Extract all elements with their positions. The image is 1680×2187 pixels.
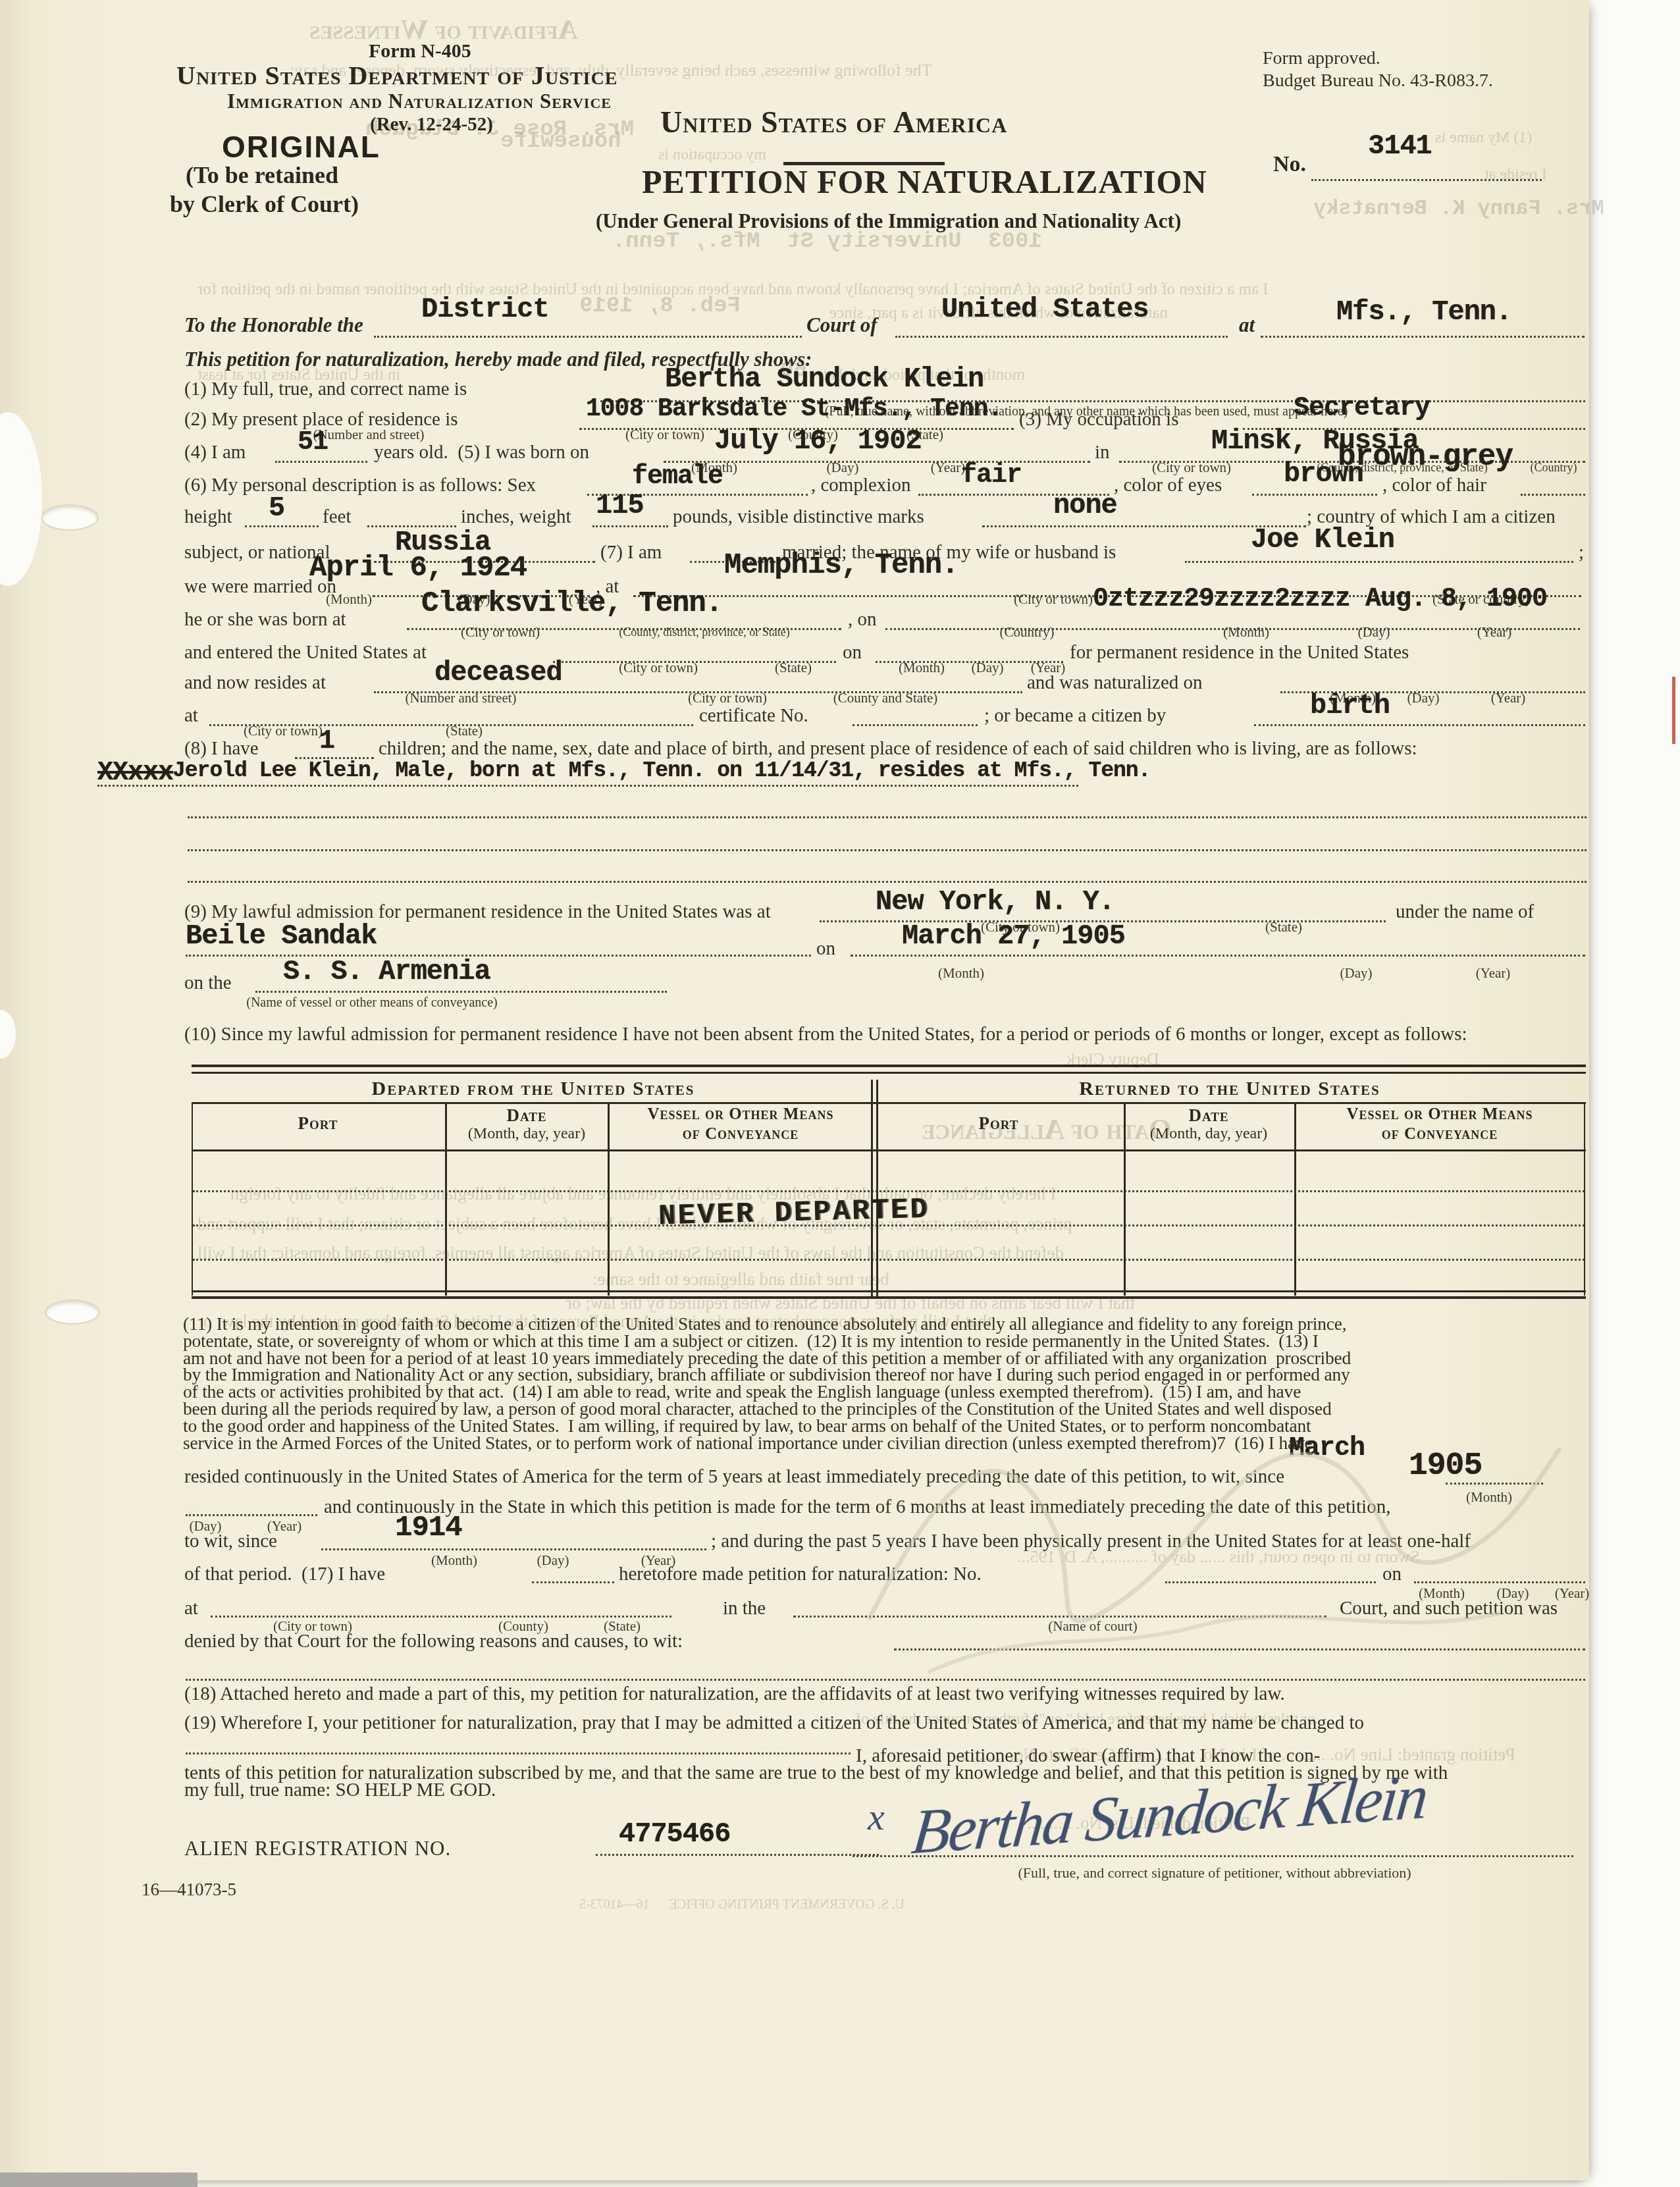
complexion-label: , complexion <box>811 475 910 495</box>
hair-value: brown-grey <box>1338 440 1513 474</box>
bleedthrough-text: bear true faith and allegiance to the sa… <box>592 1269 889 1290</box>
legal-paragraph-line: (11) It is my intention in good faith to… <box>183 1315 1351 1332</box>
on-the-label: on the <box>184 973 232 993</box>
dotted-fill-line <box>1185 561 1573 563</box>
dotted-fill-line <box>255 991 667 993</box>
sub: (Day) <box>1340 965 1373 982</box>
perm-label: for permanent residence in the United St… <box>1070 643 1409 662</box>
sub: (Number and street) <box>405 690 516 706</box>
table-caption-departed: Departed from the United States <box>372 1078 695 1099</box>
table-col-port-left: Port <box>298 1114 338 1132</box>
vessel-value: S. S. Armenia <box>283 956 490 988</box>
bleedthrough-text: 1003 University St Mfs., Tenn. <box>612 229 1042 254</box>
feet-label: feet <box>323 507 351 527</box>
solid-rule <box>192 1149 1586 1151</box>
at-label: at <box>1239 315 1255 336</box>
table-col-date-sub-right: (Month, day, year) <box>1150 1126 1267 1142</box>
bleedthrough-text: U. S. GOVERNMENT PRINTING OFFICE 16—4107… <box>579 1897 905 1912</box>
in-label: in <box>1095 442 1110 462</box>
dotted-fill-line <box>1252 494 1377 496</box>
table-col-date-left: Date <box>506 1106 546 1124</box>
dotted-fill-line <box>1261 336 1585 338</box>
bleedthrough-text: housewife <box>500 129 621 154</box>
weight-value: 115 <box>596 490 644 521</box>
line8b-label: children; and the name, sex, date and pl… <box>379 739 1417 758</box>
red-edge-mark <box>1672 677 1675 744</box>
solid-rule <box>192 1296 1586 1299</box>
dotted-fill-line <box>275 461 367 463</box>
table-col-port-right: Port <box>979 1114 1019 1132</box>
dotted-fill-line <box>1254 724 1585 726</box>
sub: (City or town) <box>461 624 540 641</box>
state-since-value: 1914 <box>395 1512 462 1544</box>
petition-no: 3141 <box>1368 130 1432 162</box>
dotted-fill-line <box>321 1548 706 1550</box>
sub: (City or town) <box>688 690 767 706</box>
line6-label: (6) My personal description is as follow… <box>184 475 536 495</box>
table-vertical-rule <box>1124 1103 1126 1296</box>
dotted-fill-line <box>1311 179 1542 181</box>
height-value: 5 <box>269 492 284 524</box>
ink-bleedthrough-swash <box>829 1343 1587 1685</box>
on2-label: on <box>816 939 835 959</box>
line17d-label: in the <box>723 1598 766 1618</box>
married-on-value: April 6, 1924 <box>309 552 527 585</box>
married-at-value: Memphis, Tenn. <box>724 549 958 582</box>
resides-label: and now resides at <box>184 673 326 693</box>
scanner-edge-strip <box>0 2173 197 2187</box>
bleedthrough-text: my occupation is <box>658 146 766 164</box>
table-vertical-rule <box>1584 1103 1585 1296</box>
sub: (Month) <box>938 965 984 982</box>
dotted-fill-line <box>895 336 1228 338</box>
dept-title: United States Department of Justice <box>176 62 617 90</box>
sub: (Day) <box>1407 690 1440 706</box>
scanned-petition-page: Affidavit of WitnessesThe following witn… <box>0 0 1680 2187</box>
court-at-value: Mfs., Tenn. <box>1336 296 1511 328</box>
naturalized-label: and was naturalized on <box>1027 673 1203 693</box>
form-approved: Form approved. <box>1263 49 1380 68</box>
cert-at-label: at <box>184 706 198 725</box>
sub: (Year) <box>1491 690 1526 706</box>
bleedthrough-text: (1) My name is <box>1435 129 1532 147</box>
retain-note-1: (To be retained <box>186 163 338 188</box>
dotted-fill-line <box>188 881 1587 883</box>
dotted-fill-line <box>374 336 802 338</box>
spouse-value: Joe Klein <box>1251 524 1394 556</box>
court-type-value: District <box>421 294 549 325</box>
line18-label: (18) Attached hereto and made a part of … <box>184 1684 1285 1704</box>
hair-label: , color of hair <box>1382 475 1486 495</box>
admission-name-value: Beile Sandak <box>186 920 377 952</box>
dotted-fill-line <box>596 1854 879 1856</box>
oath3-label: my full, true name: SO HELP ME GOD. <box>184 1780 496 1800</box>
solid-rule <box>192 1102 1586 1104</box>
sub: (Month) <box>431 1552 477 1569</box>
court-of-label: Court of <box>806 315 878 336</box>
sub: (Country) <box>1000 624 1055 641</box>
subject-label: subject, or national <box>184 542 330 562</box>
table-vertical-rule <box>1294 1103 1296 1296</box>
bleedthrough-text: Feb. 8, 1919 <box>579 294 741 319</box>
no-label: No. <box>1273 153 1306 176</box>
alien-no-value: 4775466 <box>619 1818 730 1850</box>
table-vertical-rule <box>876 1080 878 1297</box>
line19-label: (19) Wherefore I, your petitioner for na… <box>184 1713 1364 1733</box>
bleedthrough-text: Mrs. Fanny K. Bernatsky <box>1313 196 1604 221</box>
honorable-label: To the Honorable the <box>184 315 363 336</box>
dotted-fill-line <box>1521 494 1585 496</box>
sub: (County, district, province, or State) <box>619 625 789 639</box>
line7-label: (7) I am <box>600 542 662 562</box>
spouse-born-at-value: Clarksville, Tenn. <box>421 587 722 620</box>
line17-at-label: at <box>184 1598 198 1618</box>
line3-label: (3) My occupation is <box>1019 409 1178 429</box>
line17f-label: denied by that Court for the following r… <box>184 1631 683 1651</box>
line9-label: (9) My lawful admission for permanent re… <box>184 902 771 922</box>
dotted-fill-line <box>186 1752 851 1754</box>
sub: (Day) <box>537 1552 569 1569</box>
line4-label: (4) I am <box>184 442 246 462</box>
sub: (Month) <box>899 660 945 676</box>
dotted-fill-line <box>245 525 319 527</box>
table-col-date-right: Date <box>1188 1106 1228 1124</box>
sex-value: female <box>632 462 723 492</box>
sub: (Month) <box>1223 624 1269 641</box>
occupation-value: Secretary <box>1294 394 1430 423</box>
sub: (State) <box>775 660 812 676</box>
cert-no-label: certificate No. <box>699 706 808 725</box>
sub: (Year) <box>1476 965 1511 982</box>
dotted-fill-line <box>193 1190 1585 1192</box>
table-vertical-rule <box>871 1080 873 1297</box>
dotted-fill-line <box>851 955 1585 957</box>
line17a-label: of that period. (17) I have <box>184 1564 385 1584</box>
sub: (City or town) <box>619 660 698 676</box>
children-value: Jerold Lee Klein, Male, born at Mfs., Te… <box>172 758 1150 783</box>
punch-hole <box>45 1300 100 1325</box>
weight-label: inches, weight <box>461 507 571 527</box>
solid-rule <box>192 1072 1586 1074</box>
form-number: Form N-405 <box>369 41 471 62</box>
height-label: height <box>184 507 232 527</box>
table-caption-returned: Returned to the United States <box>1079 1078 1380 1099</box>
on-label: on <box>843 643 862 662</box>
children-count-value: 1 <box>319 727 334 756</box>
marks-value: none <box>1053 490 1117 521</box>
admission-date-value: March 27, 1905 <box>902 920 1125 952</box>
sub: (State) <box>1265 919 1302 935</box>
birth-date-value: July 16, 1902 <box>714 425 922 457</box>
sub: (Day) <box>1358 624 1390 641</box>
dotted-fill-line <box>193 1259 1585 1261</box>
entered-label: and entered the United States at <box>184 643 427 662</box>
sub: (City or town) <box>244 723 323 739</box>
dotted-fill-line <box>532 1581 614 1583</box>
table-col-vessel2-right: of Conveyance <box>1382 1126 1498 1143</box>
budget-bureau: Budget Bureau No. 43-R083.7. <box>1263 71 1493 90</box>
spouse-resides-value: deceased <box>434 657 562 689</box>
dotted-fill-line <box>853 724 978 726</box>
semicolon: ; <box>1579 542 1584 562</box>
sub: (State) <box>446 723 483 739</box>
solid-rule <box>192 1290 1586 1292</box>
sub: (Year) <box>1477 624 1512 641</box>
born-on-label: , on <box>848 610 877 629</box>
marks-label: pounds, visible distinctive marks <box>673 507 924 527</box>
signature-note: (Full, true, and correct signature of pe… <box>1018 1864 1411 1882</box>
children-strike-value: XXxxx <box>97 758 173 788</box>
table-vertical-rule <box>192 1103 193 1296</box>
sub: (County and State) <box>833 690 938 706</box>
line10-label: (10) Since my lawful admission for perma… <box>184 1024 1467 1044</box>
complexion-value: fair <box>961 461 1022 490</box>
table-vertical-rule <box>445 1103 447 1296</box>
vessel-note: (Name of vessel or other means of convey… <box>246 995 498 1011</box>
residence-value: 1008 Barksdale St-Mfs., Tenn. <box>586 395 1002 423</box>
sub: (City or town) <box>1152 460 1231 476</box>
age-value: 51 <box>298 428 328 458</box>
dotted-fill-line <box>188 849 1587 851</box>
sub: (Month) <box>326 591 372 608</box>
bleedthrough-text: Oath of Allegiance <box>922 1113 1172 1146</box>
revision: (Rev. 12-24-52) <box>370 115 493 134</box>
table-col-vessel2-left: of Conveyance <box>683 1126 799 1143</box>
admission-port-value: New York, N. Y. <box>876 886 1115 918</box>
original-stamp: ORIGINAL <box>222 129 381 165</box>
signature-x-mark: x <box>868 1795 885 1839</box>
usa-heading: United States of America <box>660 107 1007 138</box>
sub: (Day) <box>972 660 1004 676</box>
solid-rule <box>192 1065 1586 1067</box>
sub: (City or town) <box>625 427 704 443</box>
born-at-label: he or she was born at <box>184 610 346 629</box>
court-name-value: United States <box>941 294 1149 325</box>
table-col-vessel-left: Vessel or Other Means <box>648 1106 834 1123</box>
alien-reg-label: ALIEN REGISTRATION NO. <box>184 1838 451 1860</box>
table-vertical-rule <box>608 1103 610 1296</box>
dotted-fill-line <box>188 816 1587 818</box>
spouse-born-on-value: 0ztzzz29zzzz2zzzz Aug. 8, 1900 <box>1093 585 1547 614</box>
retain-note-2: by Clerk of Court) <box>170 192 359 217</box>
dotted-fill-line <box>211 1616 671 1618</box>
full-name-value: Bertha Sundock Klein <box>665 363 984 395</box>
eyes-label: , color of eyes <box>1114 475 1222 495</box>
sub: (Country) <box>1531 461 1577 475</box>
line8-label: (8) I have <box>184 739 259 758</box>
dotted-fill-line <box>97 785 1078 787</box>
dotted-fill-line <box>592 525 668 527</box>
dotted-fill-line <box>186 955 811 957</box>
sub: (City or town) <box>1014 591 1093 608</box>
subtitle: (Under General Provisions of the Immigra… <box>596 211 1181 232</box>
footer-code: 16—41073-5 <box>142 1880 236 1899</box>
citizen-by-label: ; or became a citizen by <box>984 706 1166 725</box>
sub: (Day) <box>827 460 859 476</box>
bleedthrough-text: I hereby declare, on oath, that I absolu… <box>230 1184 1056 1204</box>
service-title: Immigration and Naturalization Service <box>227 91 612 113</box>
under-name-label: under the name of <box>1396 902 1534 922</box>
table-col-date-sub-left: (Month, day, year) <box>468 1126 585 1142</box>
main-title: PETITION FOR NATURALIZATION <box>642 165 1207 199</box>
line16c-label: to wit, since <box>184 1531 277 1551</box>
line1-label: (1) My full, true, and correct name is <box>184 379 467 399</box>
line5-label: years old. (5) I was born on <box>374 442 589 462</box>
punch-hole <box>41 504 99 531</box>
citizen-by-value: birth <box>1310 690 1390 722</box>
table-col-vessel-right: Vessel or Other Means <box>1347 1106 1533 1123</box>
sub: (Year) <box>931 460 966 476</box>
dotted-fill-line <box>186 1514 317 1516</box>
sub: (Number and street) <box>313 427 424 443</box>
